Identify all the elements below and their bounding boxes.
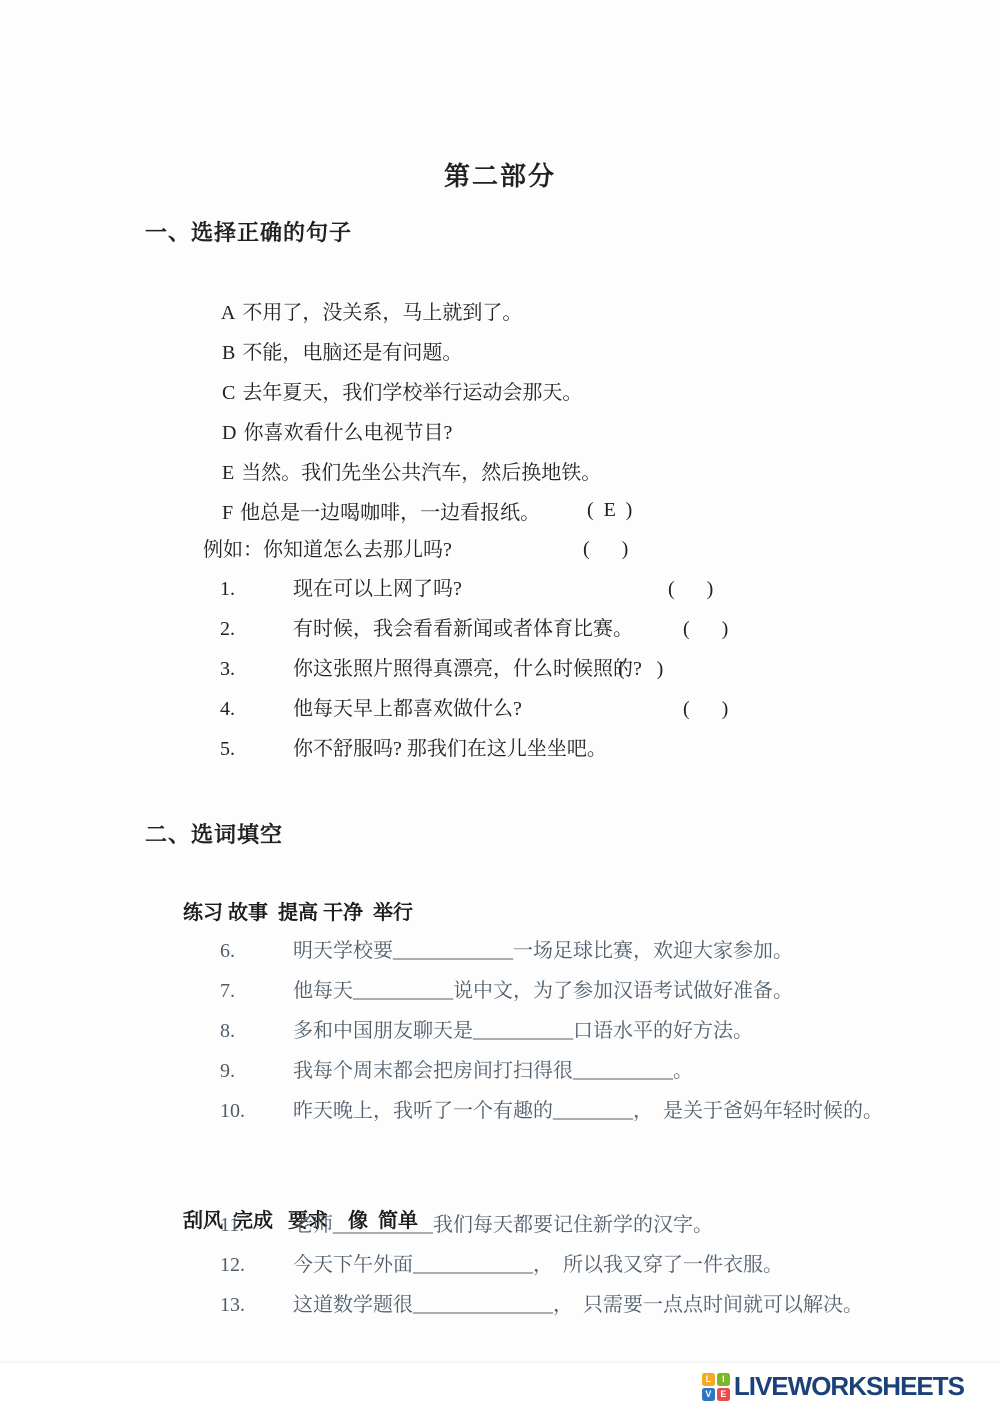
fill-blank-10[interactable]: ________ bbox=[553, 1100, 633, 1122]
liveworksheets-grid-icon: L I V E bbox=[702, 1373, 730, 1401]
paren-open: ( bbox=[668, 578, 675, 600]
answer-parens: () bbox=[683, 689, 728, 729]
worksheet-page: 第二部分 一、选择正确的句子 A不用了，没关系，马上就到了。 B不能，电脑还是有… bbox=[0, 0, 1000, 1414]
logo-square-l: L bbox=[702, 1373, 715, 1386]
question-row-7: 7.他每天__________说中文，为了参加汉语考试做好准备。 bbox=[0, 931, 1000, 971]
liveworksheets-logo[interactable]: L I V E LIVEWORKSHEETS bbox=[702, 1371, 964, 1402]
question-row-3: 3.你这张照片照得真漂亮，什么时候照的? () bbox=[0, 609, 1000, 649]
option-row-f: F他总是一边喝咖啡，一边看报纸。 bbox=[0, 453, 1000, 493]
question-row-13: 13.这道数学题很______________， 只需要一点点时间就可以解决。 bbox=[0, 1245, 1000, 1285]
page-title: 第二部分 bbox=[0, 156, 1000, 193]
paren-close: ) bbox=[722, 618, 729, 640]
fill-blank-13[interactable]: ______________ bbox=[413, 1294, 553, 1316]
question-number: 5. bbox=[220, 729, 293, 769]
question-row-9: 9.我每个周末都会把房间打扫得很__________。 bbox=[0, 1011, 1000, 1051]
logo-square-i: I bbox=[717, 1373, 730, 1386]
question-pre: 这道数学题很 bbox=[293, 1294, 413, 1316]
option-row-c: C去年夏天，我们学校举行运动会那天。 bbox=[0, 333, 1000, 373]
question-text: 你不舒服吗? 那我们在这儿坐坐吧。 bbox=[293, 738, 607, 760]
paren-open: ( bbox=[587, 499, 594, 521]
question-number: 10. bbox=[220, 1091, 293, 1131]
paren-open: ( bbox=[683, 698, 690, 720]
matching-questions: 1.现在可以上网了吗? () 2.有时候，我会看看新闻或者体育比赛。 () 3.… bbox=[0, 529, 1000, 729]
paren-close: ) bbox=[657, 658, 664, 680]
fill-blank-questions-b: 11.老师__________我们每天都要记住新学的汉字。 12.今天下午外面_… bbox=[0, 1165, 1000, 1285]
option-row-a: A不用了，没关系，马上就到了。 bbox=[0, 253, 1000, 293]
paren-close: ) bbox=[626, 499, 633, 521]
option-row-e: E当然。我们先坐公共汽车，然后换地铁。 bbox=[0, 413, 1000, 453]
section1-heading: 一、选择正确的句子 bbox=[145, 216, 352, 247]
question-row-2: 2.有时候，我会看看新闻或者体育比赛。 () bbox=[0, 569, 1000, 609]
question-row-12: 12.今天下午外面____________， 所以我又穿了一件衣服。 bbox=[0, 1205, 1000, 1245]
question-number: 13. bbox=[220, 1285, 293, 1325]
question-post: ， 是关于爸妈年轻时候的。 bbox=[633, 1100, 883, 1122]
paren-close: ) bbox=[722, 698, 729, 720]
question-row-4: 4.他每天早上都喜欢做什么? () bbox=[0, 649, 1000, 689]
paren-close: ) bbox=[622, 538, 629, 560]
example-answer: E bbox=[594, 490, 626, 530]
paren-close: ) bbox=[707, 578, 714, 600]
option-list: A不用了，没关系，马上就到了。 B不能，电脑还是有问题。 C去年夏天，我们学校举… bbox=[0, 253, 1000, 493]
answer-parens: () bbox=[683, 609, 728, 649]
answer-parens: () bbox=[583, 529, 628, 569]
question-pre: 昨天晚上，我听了一个有趣的 bbox=[293, 1100, 553, 1122]
paren-open: ( bbox=[583, 538, 590, 560]
answer-parens: () bbox=[668, 569, 713, 609]
footer-bar: L I V E LIVEWORKSHEETS bbox=[0, 1362, 1000, 1414]
option-row-b: B不能，电脑还是有问题。 bbox=[0, 293, 1000, 333]
brand-wordmark: LIVEWORKSHEETS bbox=[734, 1371, 964, 1402]
answer-parens: () bbox=[618, 649, 663, 689]
paren-open: ( bbox=[683, 618, 690, 640]
question-post: ， 只需要一点点时间就可以解决。 bbox=[553, 1294, 863, 1316]
question-row-8: 8.多和中国朋友聊天是__________口语水平的好方法。 bbox=[0, 971, 1000, 1011]
option-row-d: D你喜欢看什么电视节目? bbox=[0, 373, 1000, 413]
question-row-1: 1.现在可以上网了吗? () bbox=[0, 529, 1000, 569]
logo-square-v: V bbox=[702, 1388, 715, 1401]
question-row-5: 5.你不舒服吗? 那我们在这儿坐坐吧。 () bbox=[0, 689, 1000, 729]
fill-blank-questions-a: 6.明天学校要____________一场足球比赛，欢迎大家参加。 7.他每天_… bbox=[0, 891, 1000, 1091]
question-row-10: 10.昨天晚上，我听了一个有趣的________， 是关于爸妈年轻时候的。 bbox=[0, 1051, 1000, 1091]
question-row-6: 6.明天学校要____________一场足球比赛，欢迎大家参加。 bbox=[0, 891, 1000, 931]
example-answer-parens: (E) bbox=[587, 490, 632, 530]
question-row-11: 11.老师__________我们每天都要记住新学的汉字。 bbox=[0, 1165, 1000, 1205]
example-row: 例如：你知道怎么去那儿吗? (E) bbox=[0, 490, 1000, 530]
logo-square-e: E bbox=[717, 1388, 730, 1401]
paren-open: ( bbox=[618, 658, 625, 680]
section2-heading: 二、选词填空 bbox=[145, 818, 283, 849]
